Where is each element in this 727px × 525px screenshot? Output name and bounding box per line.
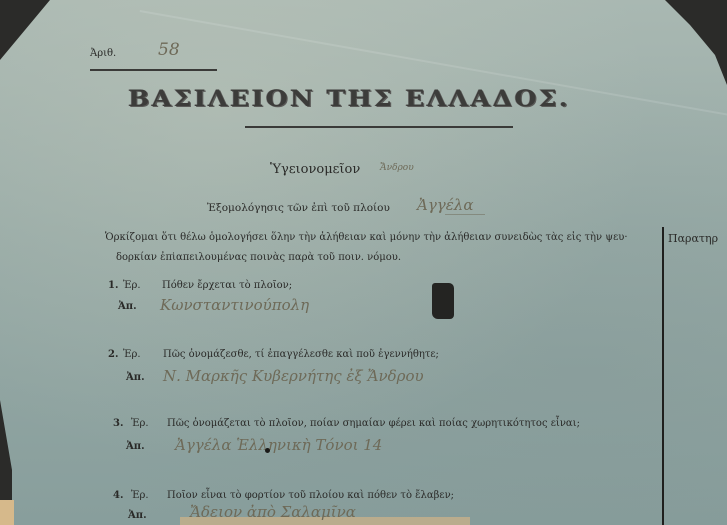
handwriting-stroke	[445, 214, 485, 215]
answer-4-handwritten: Ἄδειον ἀπὸ Σαλαμῖνα	[190, 503, 356, 521]
number-label: Ἀριθ.	[90, 48, 116, 59]
answer-2-handwritten: Ν. Μαρκῆς Κυβερνήτης ἐξ Ἄνδρου	[163, 367, 424, 385]
office-handwritten: Ἄνδρου	[380, 163, 414, 173]
oath-line-1: Ὁρκίζομαι ὅτι θέλω ὁμολογήσει ὅλην τὴν ἀ…	[105, 232, 628, 243]
document-title: ΒΑΣΙΛΕΙΟΝ ΤΗΣ ΕΛΛΑΔΟΣ.	[128, 86, 570, 112]
question-1-label: Ἐρ.	[123, 280, 141, 291]
question-3-label: Ἐρ.	[131, 418, 149, 429]
answer-2-label: Ἀπ.	[126, 372, 145, 383]
question-3-text: Πῶς ὀνομάζεται τὸ πλοῖον, ποίαν σημαίαν …	[167, 418, 580, 429]
number-value-handwritten: 58	[158, 40, 180, 60]
declaration-label: Ἐξομολόγησις τῶν ἐπὶ τοῦ πλοίου	[207, 202, 390, 214]
remarks-header: Παρατηρ	[668, 232, 718, 245]
question-1-text: Πόθεν ἔρχεται τὸ πλοῖον;	[162, 280, 292, 291]
underlying-paper-corner	[0, 500, 14, 525]
answer-3-handwritten: Ἀγγέλα Ἑλληνικὴ Τόνοι 14	[175, 436, 382, 454]
ship-name-handwritten: Ἀγγέλα	[417, 196, 473, 214]
oath-line-2: δορκίαν ἐπι̇απειλουμένας ποινὰς παρὰ τοῦ…	[116, 252, 401, 263]
question-4-label: Ἐρ.	[131, 490, 149, 501]
question-2-label: Ἐρ.	[123, 349, 141, 360]
question-2-text: Πῶς ὀνομάζεσθε, τί ἐπαγγέλεσθε καὶ ποῦ ἐ…	[163, 349, 439, 360]
question-4-number: 4.	[113, 490, 123, 501]
answer-3-label: Ἀπ.	[126, 441, 145, 452]
answer-4-label: Ἀπ.	[128, 510, 147, 521]
office-label: Ὑγειονομεῖον	[270, 162, 360, 177]
question-3-number: 3.	[113, 418, 123, 429]
answer-1-handwritten: Κωνσταντινούπολη	[160, 296, 309, 314]
question-4-text: Ποῖον εἶναι τὸ φορτίον τοῦ πλοίου καὶ πό…	[167, 490, 454, 501]
remarks-column-divider	[662, 227, 664, 525]
ink-blot	[432, 283, 454, 319]
number-underline	[90, 69, 217, 71]
question-1-number: 1.	[108, 280, 118, 291]
title-underline	[245, 126, 513, 128]
question-2-number: 2.	[108, 349, 118, 360]
ink-dot	[265, 448, 270, 453]
answer-1-label: Ἀπ.	[118, 301, 137, 312]
